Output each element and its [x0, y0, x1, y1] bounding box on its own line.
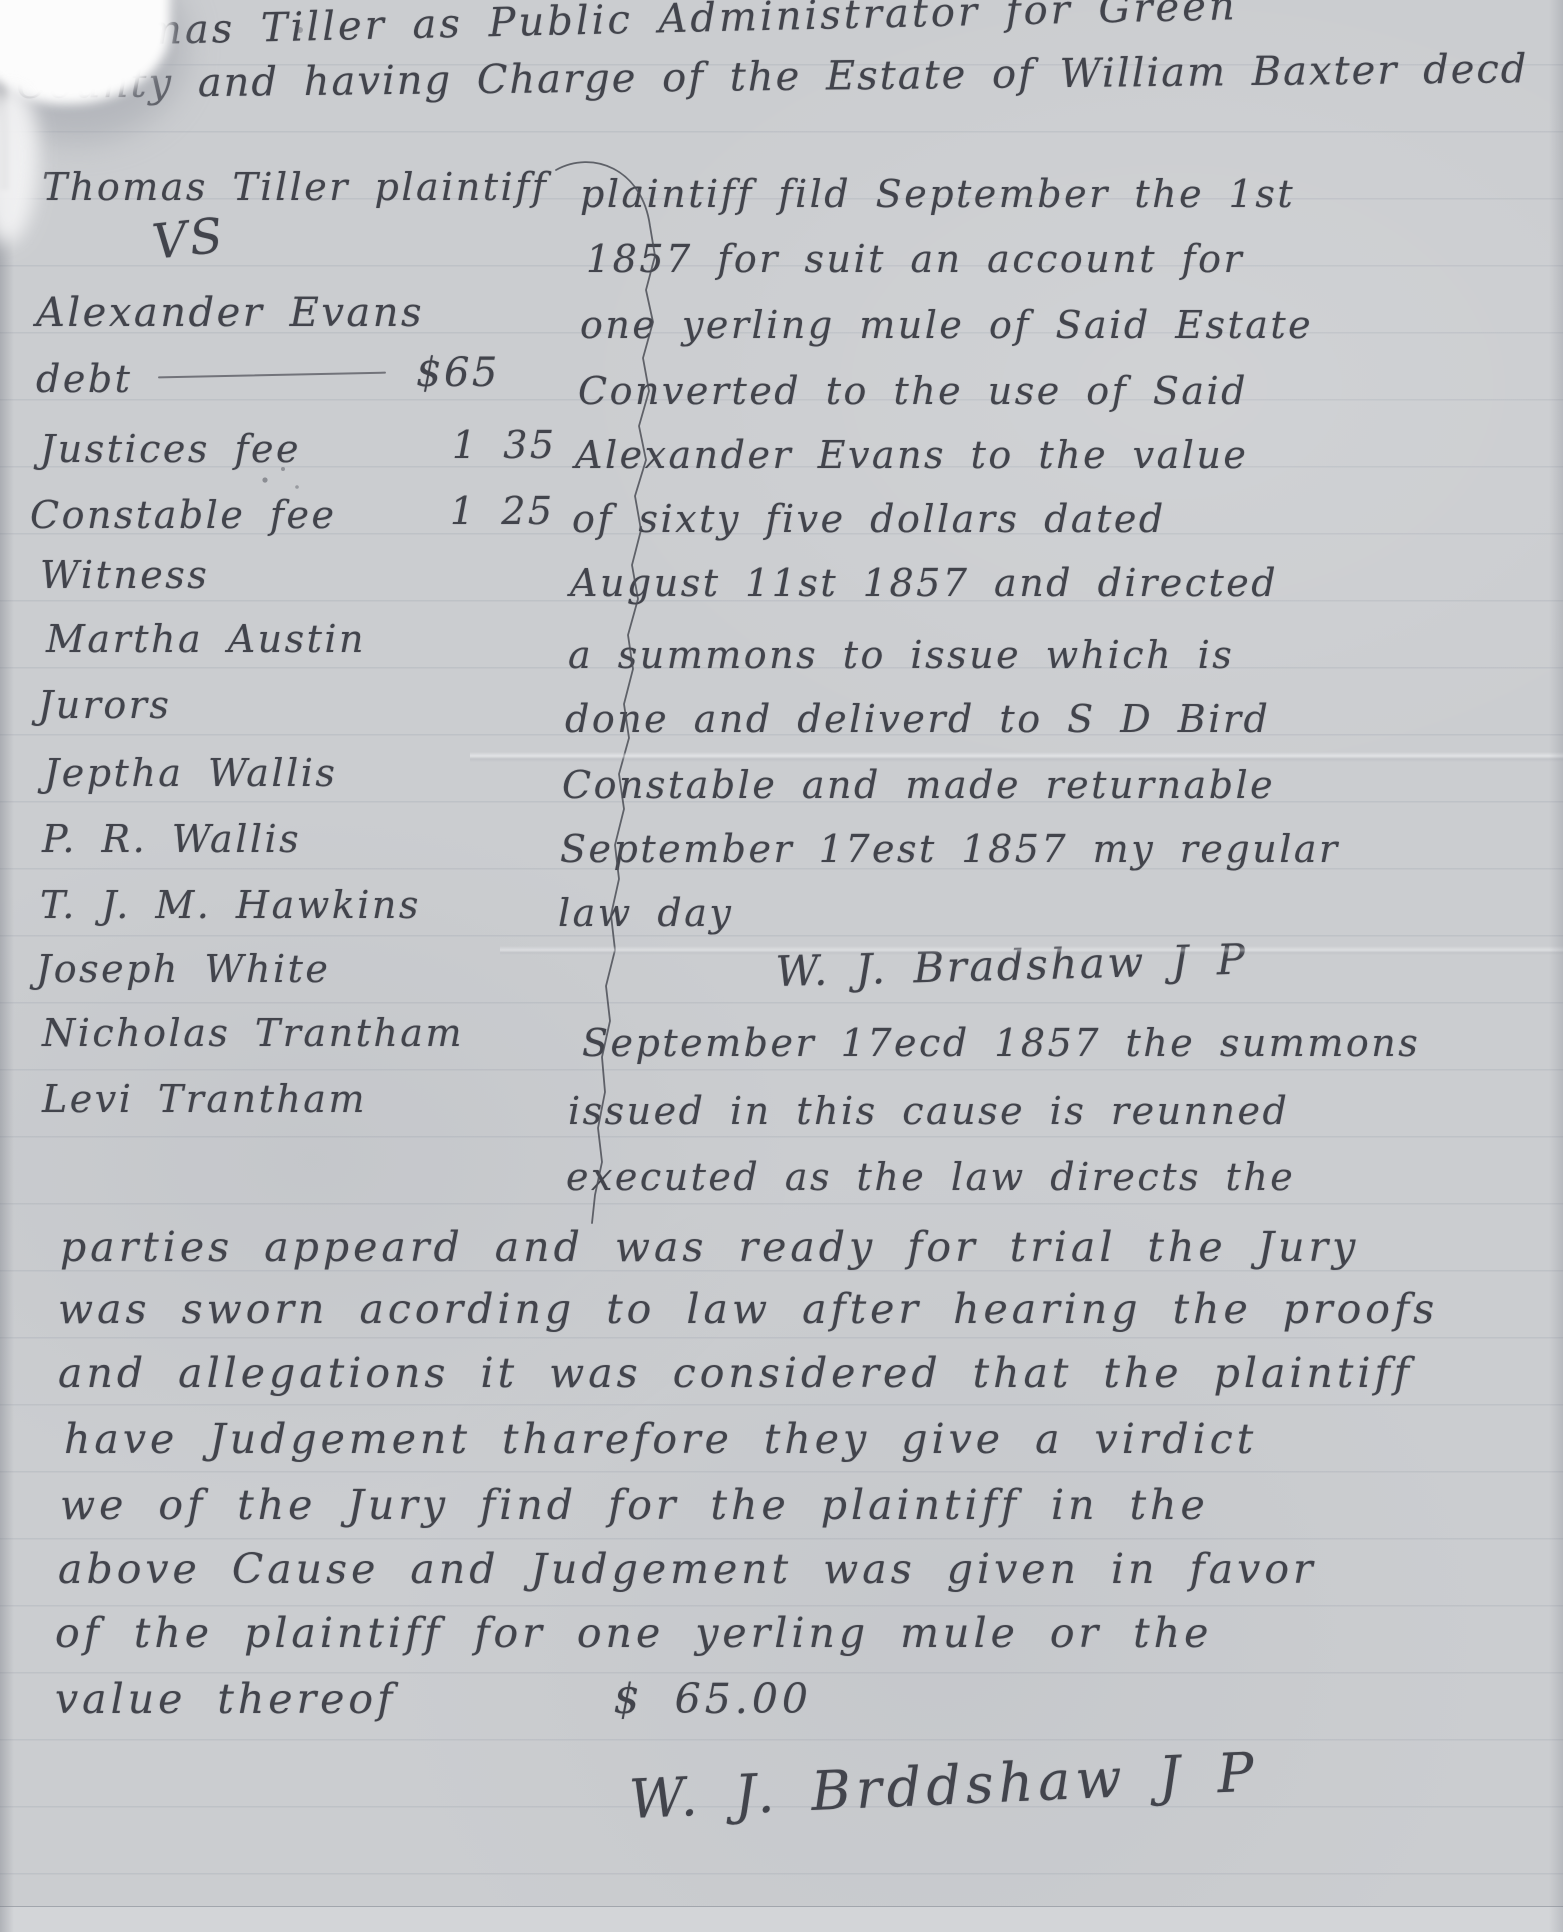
- narrative-line: August 11st 1857 and directed: [570, 564, 1278, 604]
- juror-name: Jeptha Wallis: [44, 754, 337, 794]
- juror-name: Nicholas Trantham: [42, 1014, 464, 1054]
- juror-name: T. J. M. Hawkins: [40, 886, 421, 926]
- witness-name: Martha Austin: [46, 620, 366, 660]
- fee-amount-debt: $65: [416, 352, 500, 394]
- fee-amount-justices: 1 35: [452, 426, 557, 466]
- closing-signature: W. J. Brddshaw J P: [628, 1745, 1260, 1829]
- verdict-line: value thereof $ 65.00: [55, 1678, 812, 1721]
- verdict-line: parties appeard and was ready for trial …: [60, 1226, 1359, 1269]
- verdict-line: and allegations it was considered that t…: [58, 1352, 1413, 1395]
- fold-crease: [470, 752, 1563, 762]
- justice-signature: W. J. Bradshaw J P: [775, 938, 1248, 994]
- narrative-line: 1857 for suit an account for: [586, 240, 1244, 280]
- case-versus: VS: [150, 210, 227, 268]
- narrative-line: a summons to issue which is: [568, 636, 1234, 676]
- case-plaintiff-line: Thomas Tiller plaintiff: [42, 168, 548, 208]
- debt-dash-stroke: [158, 372, 386, 379]
- narrative-line: plaintiff fild September the 1st: [580, 175, 1295, 215]
- manuscript-page: Thomas Tiller as Public Administrator fo…: [0, 0, 1563, 1932]
- return-line: issued in this cause is reunned: [568, 1092, 1289, 1132]
- fee-label-justices: Justices fee: [40, 430, 301, 470]
- page-bottom-edge: [0, 1906, 1563, 1932]
- jurors-heading: Jurors: [38, 686, 171, 726]
- narrative-line: Alexander Evans to the value: [575, 436, 1248, 476]
- narrative-line: done and deliverd to S D Bird: [565, 700, 1270, 740]
- fee-label-constable: Constable fee: [30, 496, 336, 536]
- narrative-line: September 17est 1857 my regular: [560, 830, 1340, 870]
- juror-name: Joseph White: [36, 950, 330, 990]
- paper-tear-tail: [0, 86, 38, 244]
- scan-edge-left: [0, 0, 14, 1932]
- ink-speck: [295, 485, 299, 489]
- return-line: executed as the law directs the: [566, 1158, 1295, 1198]
- narrative-line: Constable and made returnable: [562, 766, 1275, 806]
- juror-name: Levi Trantham: [42, 1080, 367, 1120]
- header-line-1: Thomas Tiller as Public Administrator fo…: [58, 0, 1238, 54]
- verdict-line: above Cause and Judgement was given in f…: [58, 1548, 1317, 1591]
- fee-label-debt: debt: [36, 360, 132, 400]
- case-defendant: Alexander Evans: [36, 292, 424, 334]
- narrative-line: of sixty five dollars dated: [572, 500, 1166, 540]
- verdict-line: was sworn acording to law after hearing …: [58, 1288, 1438, 1331]
- narrative-line: Converted to the use of Said: [578, 372, 1248, 412]
- narrative-line: one yerling mule of Said Estate: [580, 306, 1313, 346]
- verdict-line: we of the Jury find for the plaintiff in…: [60, 1484, 1209, 1527]
- header-line-2: County and having Charge of the Estate o…: [16, 48, 1529, 106]
- return-line: September 17ecd 1857 the summons: [582, 1024, 1420, 1064]
- witness-heading: Witness: [40, 556, 209, 596]
- verdict-line: have Judgement tharefore they give a vir…: [64, 1418, 1257, 1461]
- juror-name: P. R. Wallis: [42, 820, 301, 860]
- verdict-line: of the plaintiff for one yerling mule or…: [55, 1612, 1212, 1655]
- narrative-line: law day: [558, 894, 733, 934]
- scan-edge-right: [1549, 0, 1563, 1932]
- fee-amount-constable: 1 25: [450, 492, 555, 532]
- ink-speck: [262, 477, 267, 482]
